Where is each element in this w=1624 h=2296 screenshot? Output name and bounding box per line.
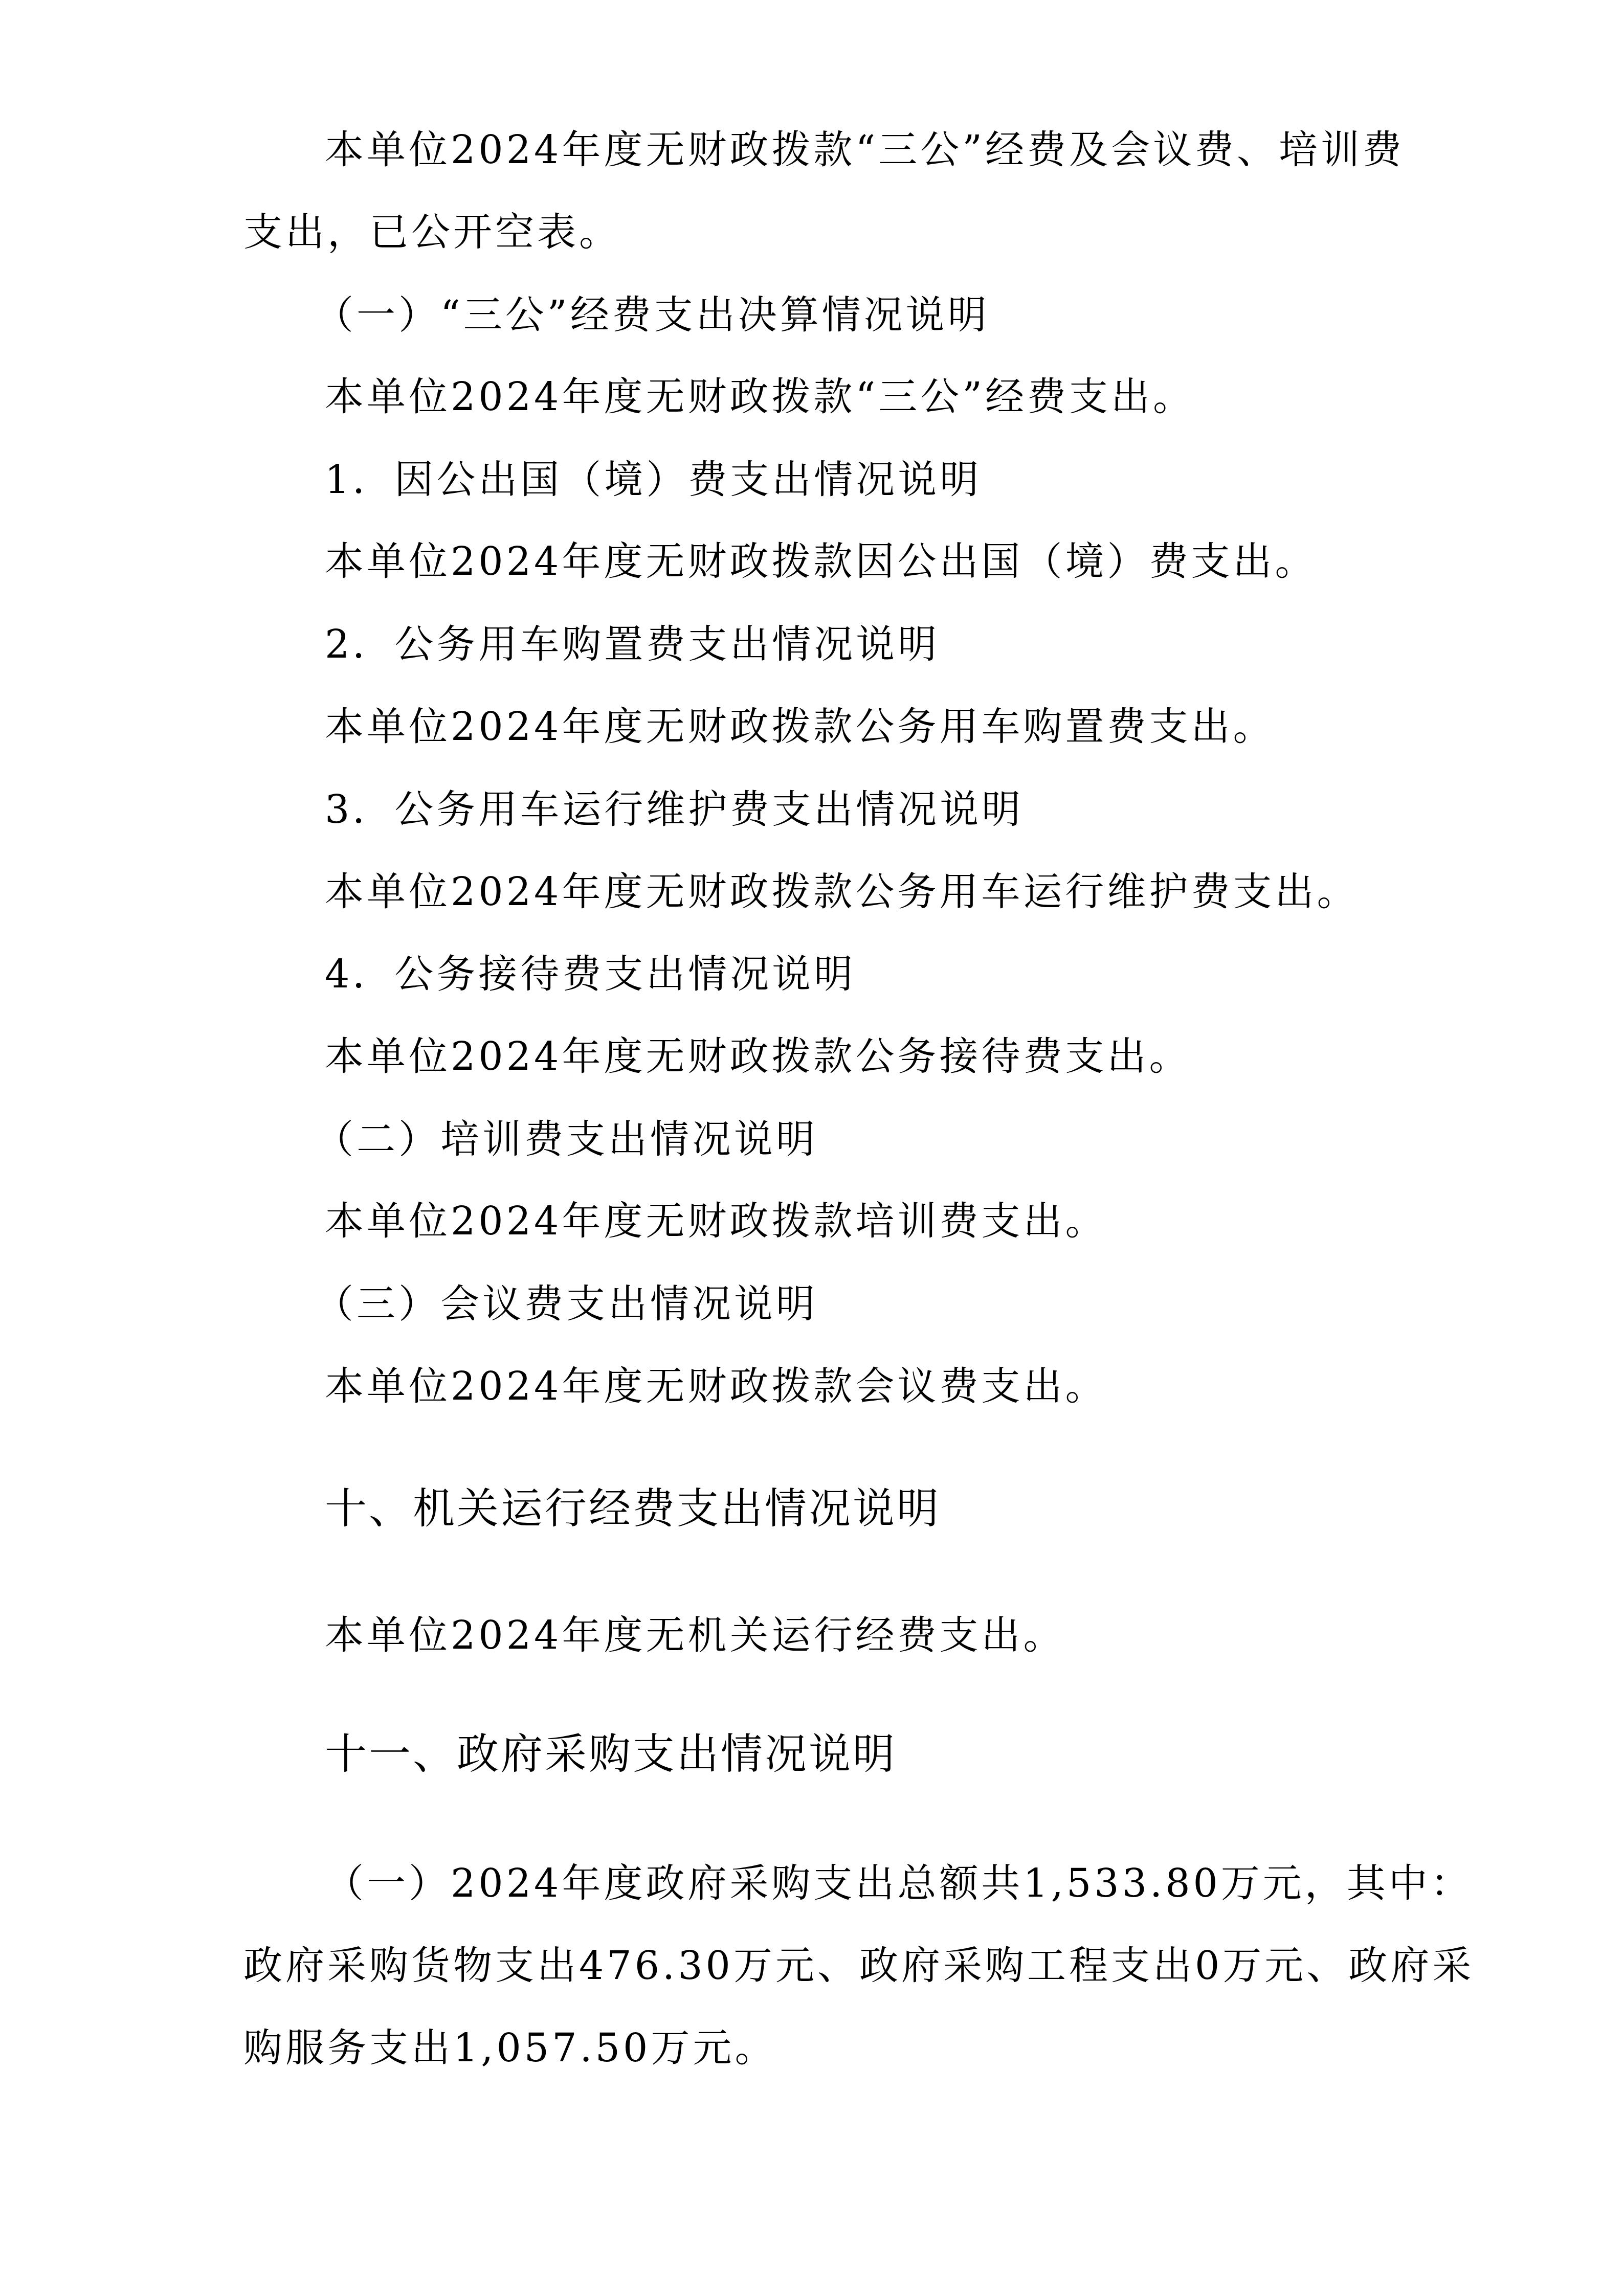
subsection-title-training: （二）培训费支出情况说明: [315, 1120, 818, 1159]
item-title-vehicle-maintenance: 3．公务用车运行维护费支出情况说明: [325, 790, 1024, 829]
section-heading-operating-expenses: 十、机关运行经费支出情况说明: [325, 1488, 941, 1530]
procurement-para-line-1: （一）2024年度政府采购支出总额共1,533.80万元，其中：: [325, 1864, 1473, 1903]
subsection-body-meeting: 本单位2024年度无财政拨款会议费支出。: [325, 1367, 1107, 1406]
subsection-body-training: 本单位2024年度无财政拨款培训费支出。: [325, 1202, 1107, 1241]
item-body-overseas: 本单位2024年度无财政拨款因公出国（境）费支出。: [325, 542, 1317, 581]
intro-line-2: 支出，已公开空表。: [243, 213, 621, 252]
procurement-para-line-3: 购服务支出1,057.50万元。: [243, 2029, 776, 2067]
subsection-title-meeting: （三）会议费支出情况说明: [315, 1285, 818, 1323]
item-body-vehicle-purchase: 本单位2024年度无财政拨款公务用车购置费支出。: [325, 707, 1275, 746]
intro-line-1: 本单位2024年度无财政拨款“三公”经费及会议费、培训费: [325, 130, 1405, 169]
procurement-para-line-2: 政府采购货物支出476.30万元、政府采购工程支出0万元、政府采: [243, 1946, 1474, 1985]
section-heading-procurement: 十一、政府采购支出情况说明: [325, 1734, 897, 1775]
subsection-body-sangong: 本单位2024年度无财政拨款“三公”经费支出。: [325, 377, 1195, 416]
item-title-overseas: 1．因公出国（境）费支出情况说明: [325, 460, 982, 499]
item-title-reception: 4．公务接待费支出情况说明: [325, 955, 856, 994]
item-title-vehicle-purchase: 2．公务用车购置费支出情况说明: [325, 625, 940, 664]
section-body-operating-expenses: 本单位2024年度无机关运行经费支出。: [325, 1616, 1065, 1655]
document-page: 本单位2024年度无财政拨款“三公”经费及会议费、培训费 支出，已公开空表。 （…: [0, 0, 1624, 2296]
subsection-title-sangong: （一）“三公”经费支出决算情况说明: [315, 296, 990, 334]
item-body-vehicle-maintenance: 本单位2024年度无财政拨款公务用车运行维护费支出。: [325, 872, 1359, 911]
item-body-reception: 本单位2024年度无财政拨款公务接待费支出。: [325, 1037, 1191, 1076]
